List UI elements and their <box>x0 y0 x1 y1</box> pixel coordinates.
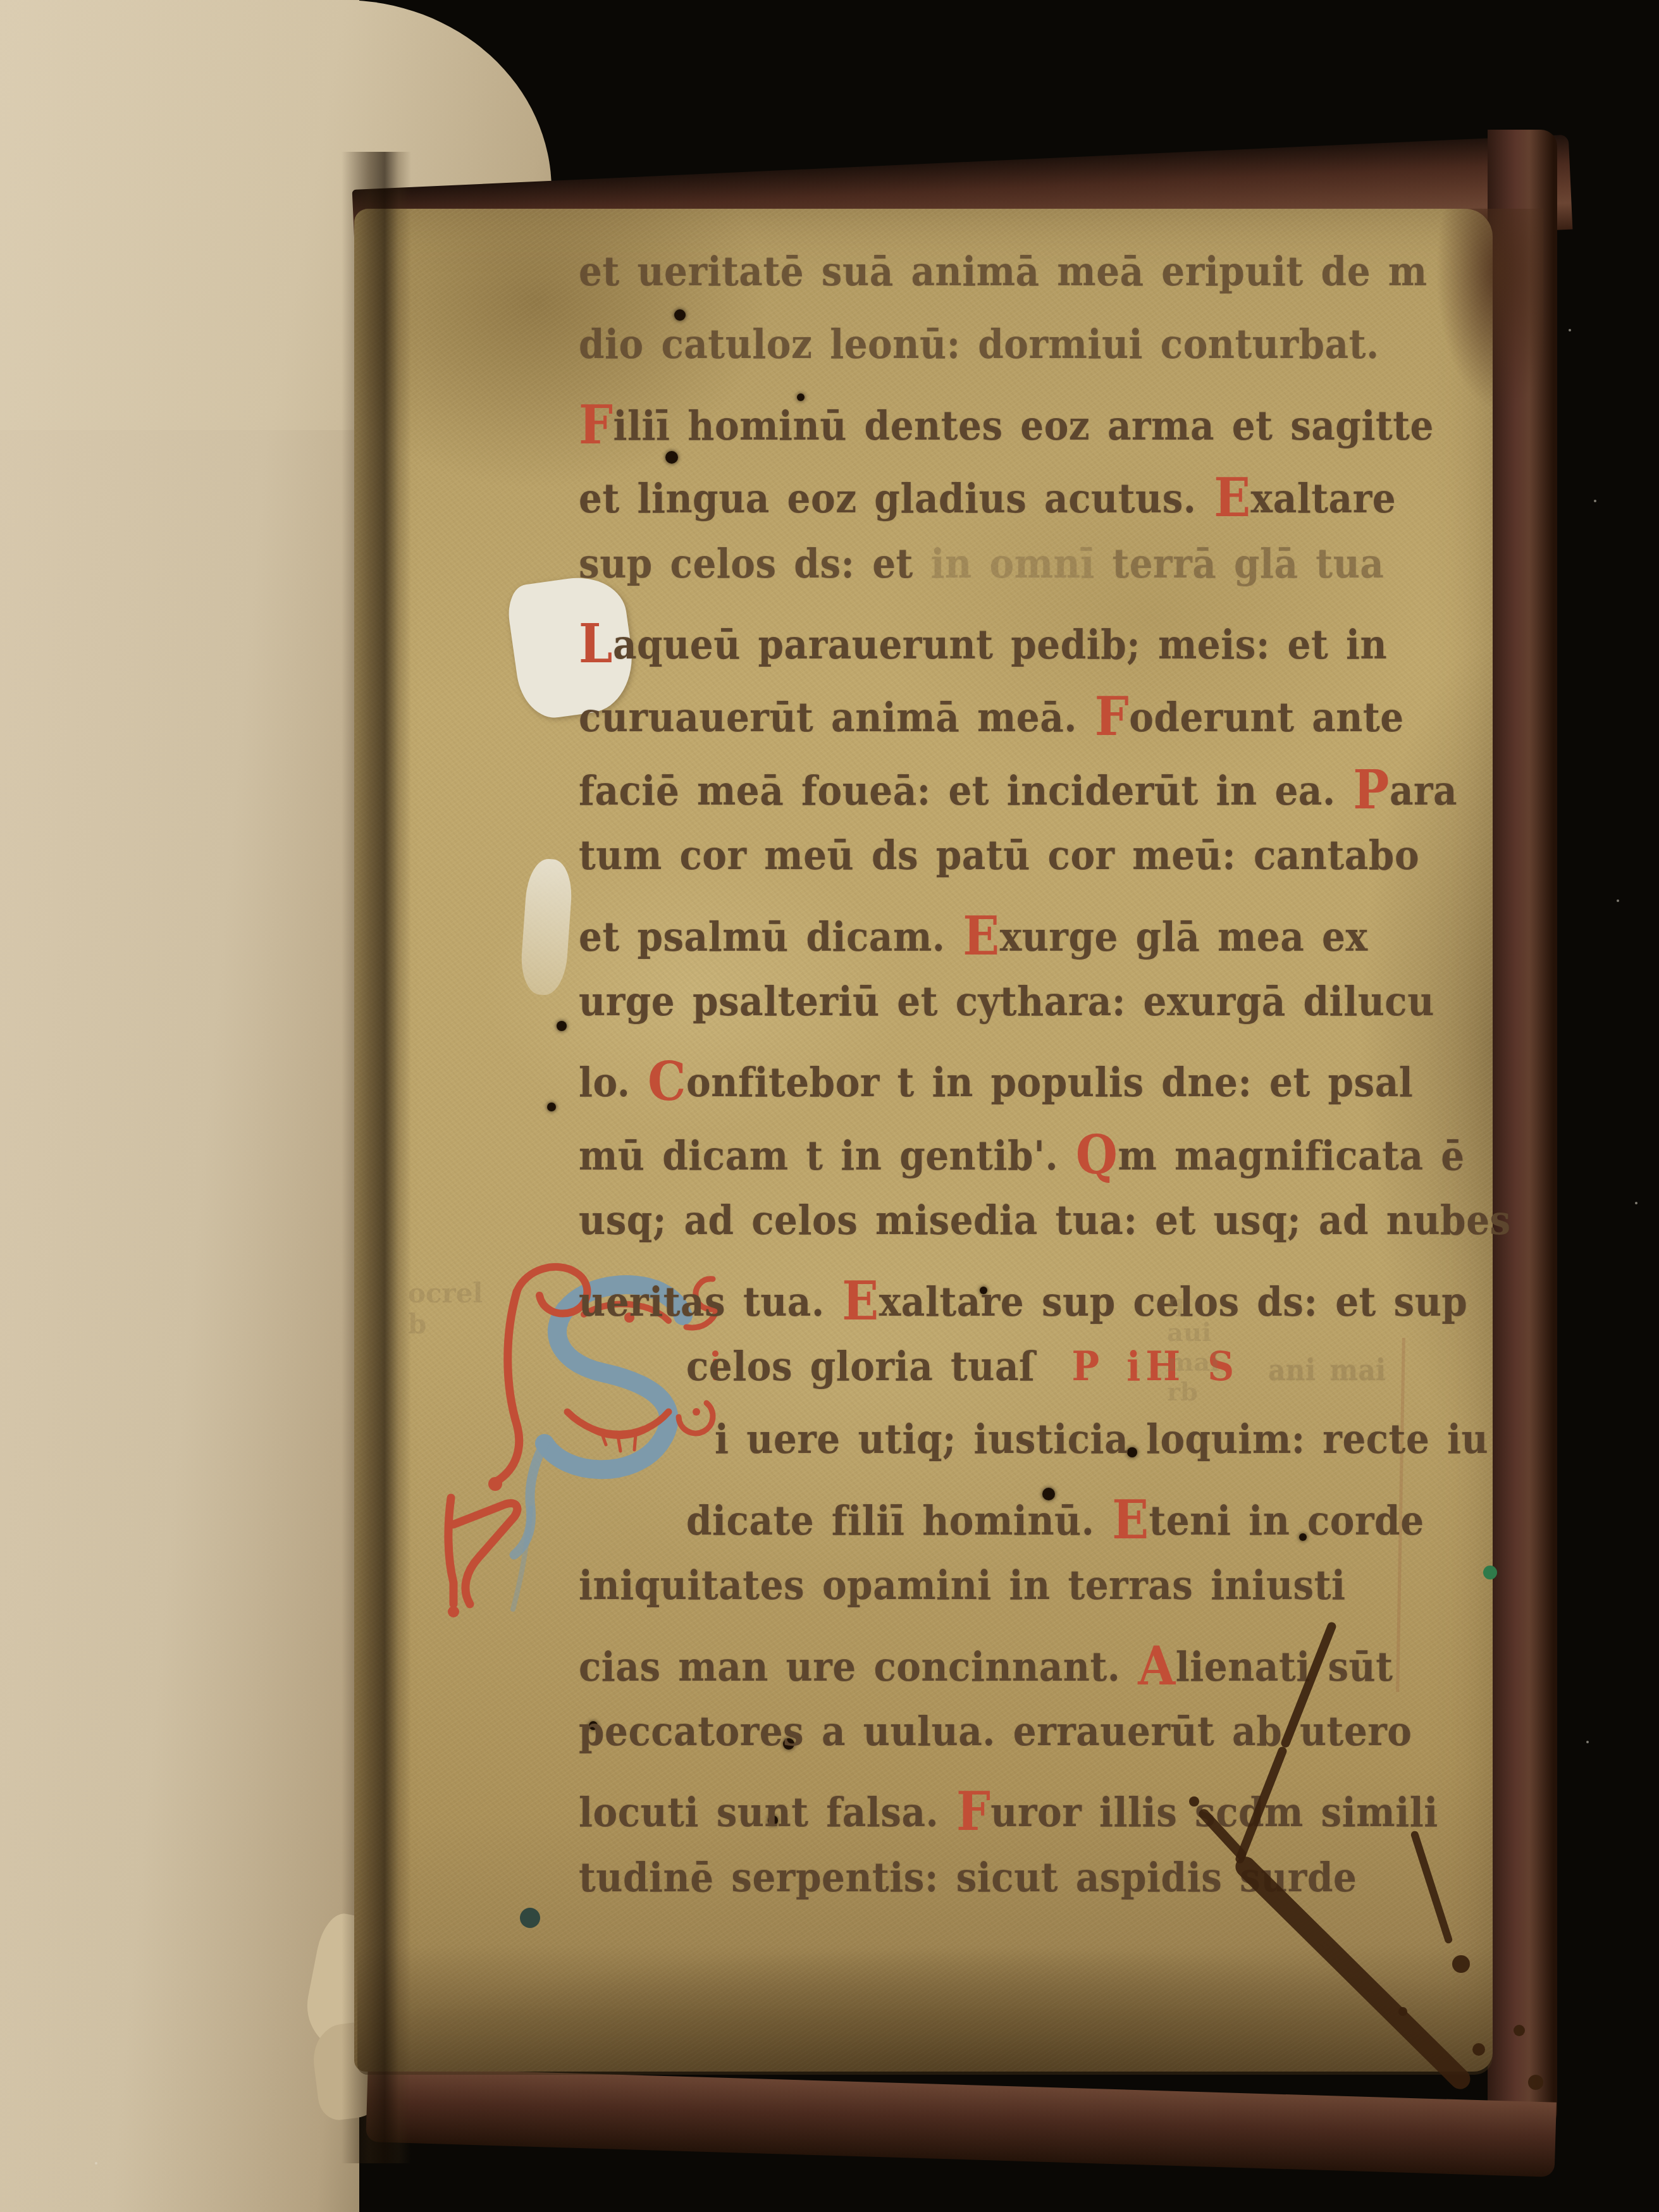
ink-blot-spot <box>1514 2025 1525 2036</box>
ink-blot-spot <box>1528 2075 1543 2090</box>
ink-blot-streak <box>1410 1830 1453 1944</box>
ink-blot-streak <box>1234 1745 1288 1864</box>
ink-blot-streak <box>1280 1621 1337 1748</box>
ink-blot-spot <box>1398 2007 1407 2016</box>
ink-blot-layer <box>0 0 1659 2212</box>
photo-of-open-medieval-codex: { "colors": { "bg": "#0a0805", "parchmen… <box>0 0 1659 2212</box>
ink-blot-spot <box>1189 1796 1199 1807</box>
ink-blot-spot <box>1452 1955 1470 1973</box>
ink-blot-spot <box>1472 2043 1485 2056</box>
ink-blot-streak <box>1197 1807 1249 1862</box>
ink-blot-streak <box>1231 1853 1474 2094</box>
